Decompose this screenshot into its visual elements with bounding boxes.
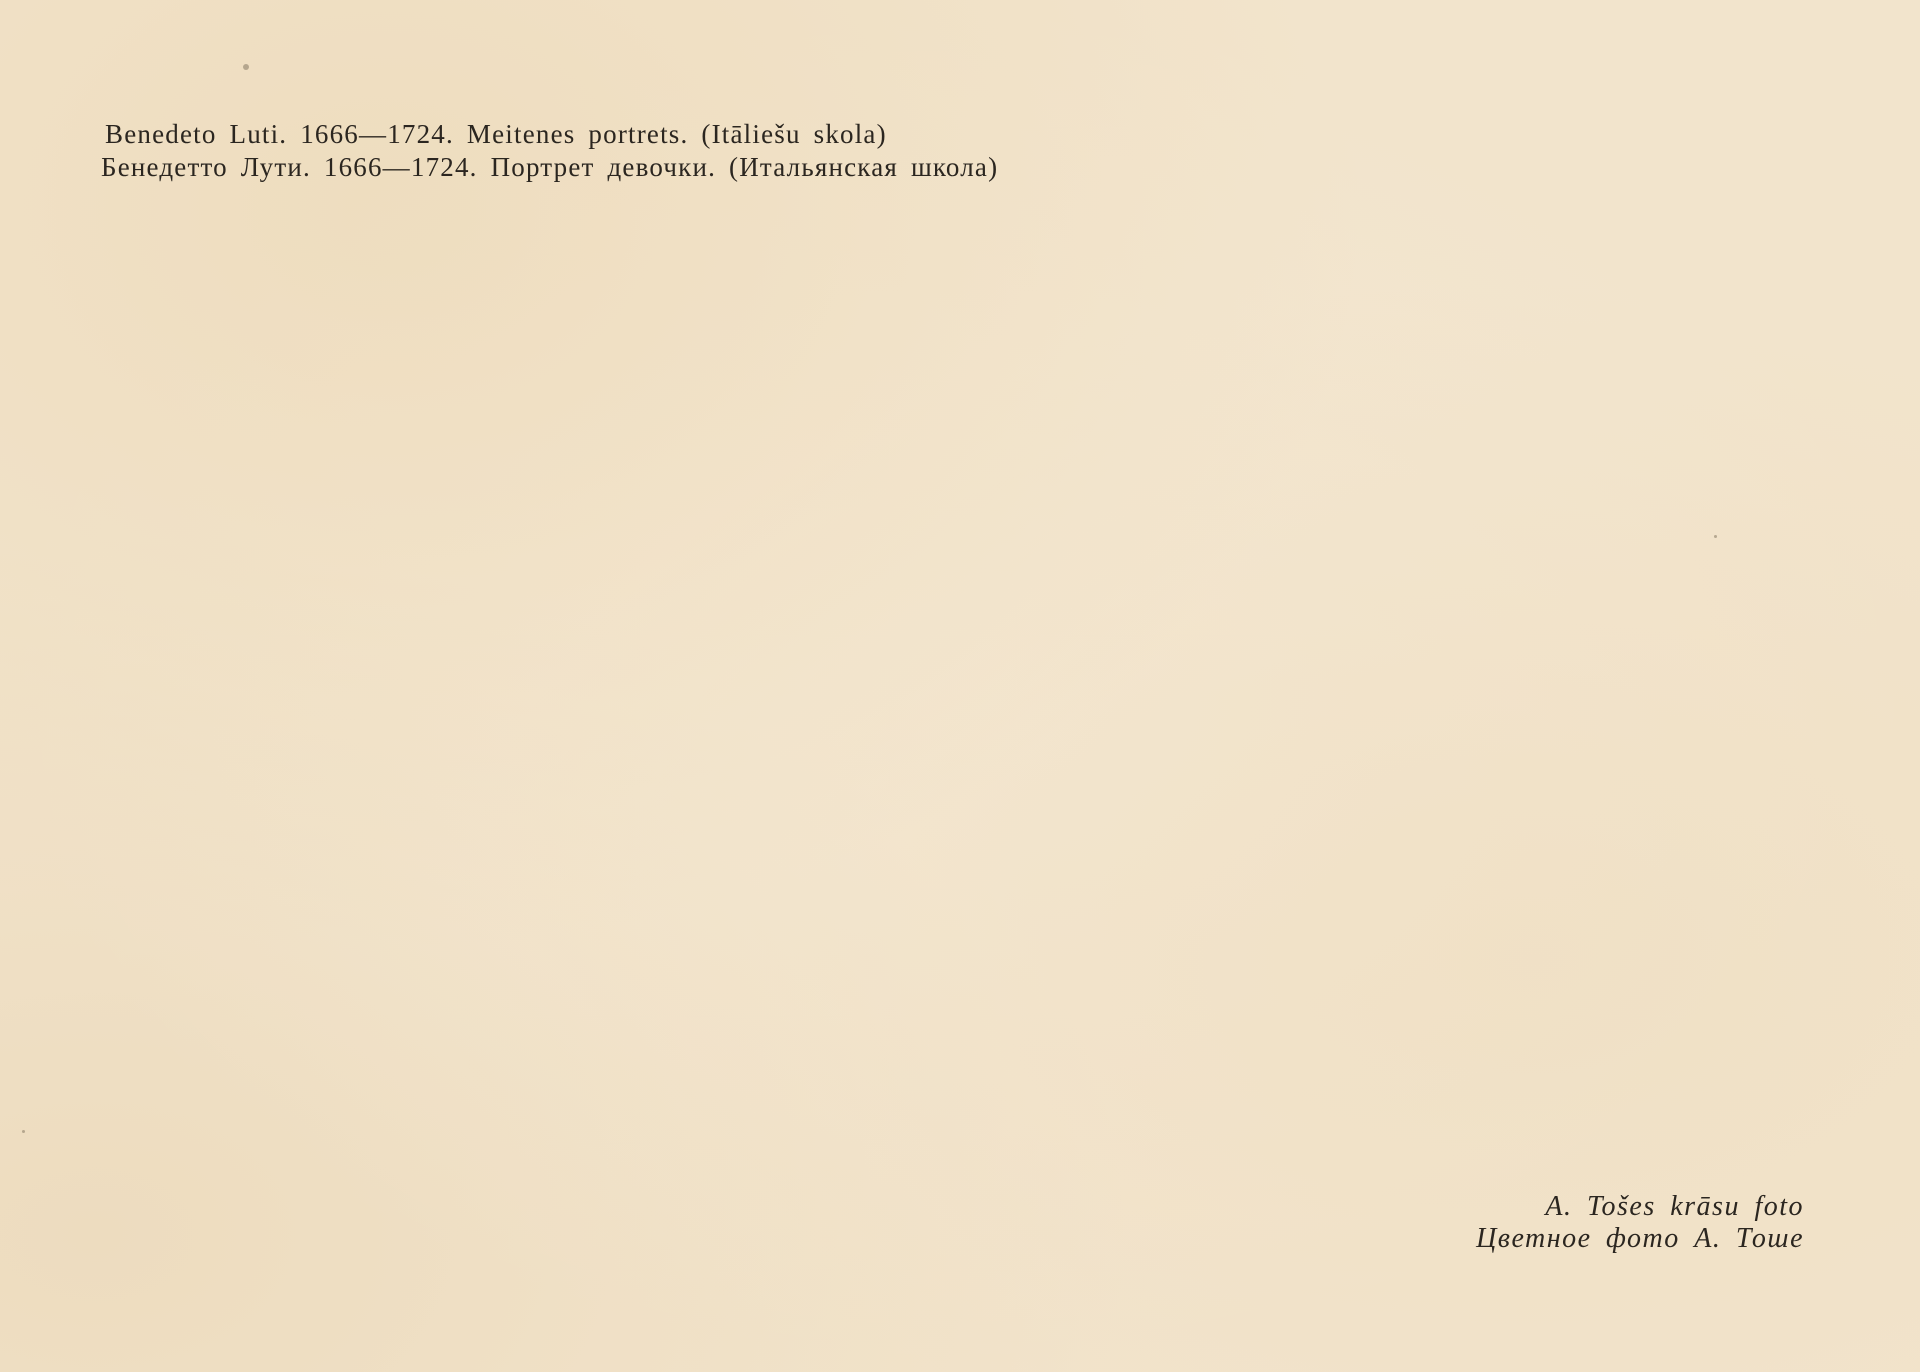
caption-russian: Бенедетто Лути. 1666—1724. Портрет девоч… <box>101 151 998 184</box>
artwork-caption: Benedeto Luti. 1666—1724. Meitenes portr… <box>101 118 998 184</box>
photo-credit: A. Tošes krāsu foto Цветное фото А. Тоше <box>1476 1191 1804 1255</box>
credit-latvian: A. Tošes krāsu foto <box>1476 1191 1804 1223</box>
postcard-back: Benedeto Luti. 1666—1724. Meitenes portr… <box>0 0 1920 1372</box>
credit-russian: Цветное фото А. Тоше <box>1476 1223 1804 1255</box>
caption-latvian: Benedeto Luti. 1666—1724. Meitenes portr… <box>101 118 998 151</box>
paper-speck <box>22 1130 25 1133</box>
paper-speck <box>243 64 249 70</box>
paper-speck <box>1714 535 1717 538</box>
